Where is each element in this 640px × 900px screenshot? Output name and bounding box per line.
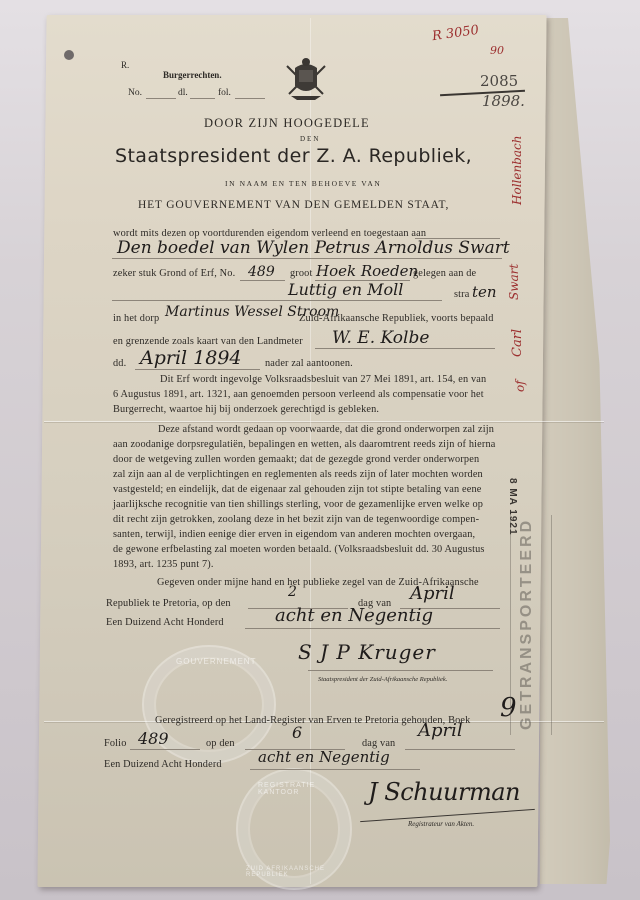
paragraph-1-line-2: 6 Augustus 1891, art. 1321, aan genoemde… — [113, 389, 484, 400]
straat-suffix: stra — [454, 289, 469, 300]
no-label: No. — [128, 88, 142, 98]
given-year: acht en Negentig — [275, 605, 433, 626]
erf-size: Hoek Roeden — [316, 262, 418, 280]
dorp-prefix: in het dorp — [113, 313, 159, 324]
ten-handwritten: ten — [472, 283, 497, 301]
registration-year-prefix: Een Duizend Acht Honderd — [104, 759, 222, 770]
registration-month: April — [418, 720, 463, 741]
president-signature: S J P Kruger — [298, 640, 436, 664]
registration-op-den: op den — [206, 738, 235, 749]
registration-folio: 489 — [138, 729, 169, 748]
registration-day: 6 — [292, 723, 302, 742]
groot-label: groot — [290, 268, 313, 279]
paragraph-2-line-8: santen, terwijl, indien eenige dier erve… — [113, 529, 475, 540]
grantee-name: Den boedel van Wylen Petrus Arnoldus Swa… — [117, 238, 510, 258]
file-year: 1898. — [482, 92, 525, 110]
paragraph-2-line-5: vastgesteld; en eindelijk, dat de eigena… — [113, 484, 481, 495]
paragraph-2-line-3: door de wetgeving zullen worden gemaakt;… — [113, 454, 479, 465]
deel-label: dl. — [178, 88, 188, 98]
title-line-3: Staatspresident der Z. A. Republiek, — [115, 145, 472, 167]
coat-of-arms-icon — [281, 54, 331, 104]
nader-text: nader zal aantoonen. — [265, 358, 353, 369]
given-day: 2 — [288, 584, 297, 600]
paragraph-1-line-1: Dit Erf wordt ingevolge Volksraadsbeslui… — [160, 374, 486, 385]
erf-prefix: zeker stuk Grond of Erf, No. — [113, 268, 235, 279]
landmeter-prefix: en grenzende zoals kaart van den Landmet… — [113, 336, 303, 347]
title-line-1: DOOR ZIJN HOOGEDELE — [204, 116, 370, 131]
president-caption: Staatspresident der Zuid-Afrikaansche Re… — [318, 676, 447, 683]
paragraph-2-line-1: Deze afstand wordt gedaan op voorwaarde,… — [158, 424, 494, 435]
title-line-2: DEN — [300, 135, 320, 143]
series-letter: R. — [121, 60, 129, 70]
registrar-caption: Registrateur van Akten. — [408, 820, 474, 828]
margin-annotation-swart: Swart — [507, 264, 521, 300]
paragraph-2-line-2: aan zoodanige dorpsregulatiën, bepalinge… — [113, 439, 495, 450]
paragraph-2-line-7: dit recht zijn getrokken, zoolang deze i… — [113, 514, 479, 525]
margin-annotation-carl: Carl — [510, 329, 525, 357]
registrar-signature: J Schuurman — [368, 778, 520, 806]
folio-label: fol. — [218, 88, 231, 98]
given-republiek: Republiek te Pretoria, op den — [106, 598, 231, 609]
red-annotation-sub: 90 — [490, 44, 504, 57]
given-month: April — [410, 583, 455, 604]
paragraph-2-line-6: jaarlijksche recognitie van tien shillin… — [113, 499, 483, 510]
paragraph-2-line-10: 1893, art. 1235 punt 7). — [113, 559, 214, 570]
dd-label: dd. — [113, 358, 126, 369]
margin-annotation-hollenbach: Hollenbach — [510, 136, 524, 205]
punch-hole — [64, 50, 74, 60]
file-number: 2085 — [480, 72, 518, 90]
registration-year: acht en Negentig — [258, 748, 390, 766]
register-title: Burgerrechten. — [163, 70, 222, 80]
transfer-stamp: GETRANSPORTEERD — [518, 518, 536, 730]
margin-annotation-of: of — [513, 380, 527, 392]
paragraph-2-line-9: de gewone erfbelasting zal moeten worden… — [113, 544, 485, 555]
title-line-4: IN NAAM EN TEN BEHOEVE VAN — [225, 179, 381, 188]
landmeter-name: W. E. Kolbe — [332, 328, 429, 348]
registration-folio-label: Folio — [104, 738, 127, 749]
embossed-seal-registratie: REGISTRATIE KANTOOR ZUID AFRIKAANSCHE RE… — [236, 768, 352, 890]
title-line-5: HET GOUVERNEMENT VAN DEN GEMELDEN STAAT, — [138, 199, 449, 211]
fold-crease — [44, 421, 604, 422]
dorp-suffix: Zuid-Afrikaansche Republiek, voorts bepa… — [299, 313, 494, 324]
street-name: Luttig en Moll — [288, 280, 403, 299]
given-year-prefix: Een Duizend Acht Honderd — [106, 617, 224, 628]
survey-date: April 1894 — [140, 347, 242, 369]
erf-number: 489 — [248, 264, 275, 280]
paragraph-2-line-4: zal zijn aan al de verplichtingen en reg… — [113, 469, 483, 480]
gelegen-label: gelegen aan de — [413, 268, 476, 279]
paragraph-1-line-3: Burgerrecht, waartoe hij bij onderzoek g… — [113, 404, 379, 415]
